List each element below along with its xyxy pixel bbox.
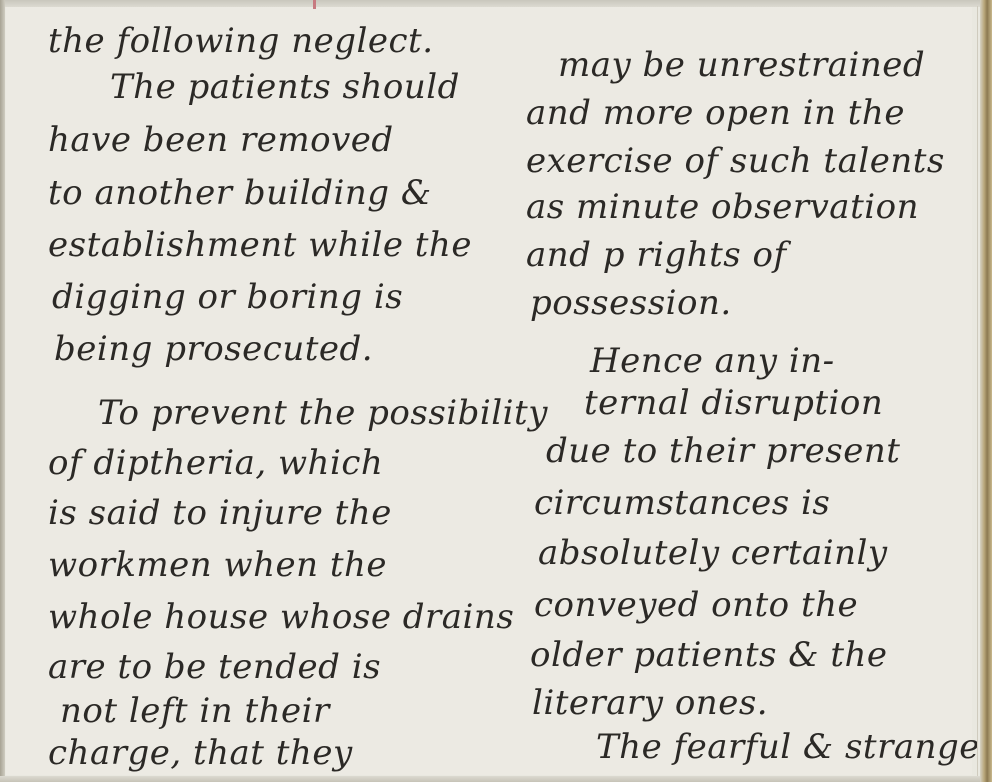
text-line: To prevent the possibility: [98, 393, 548, 433]
text-line: The fearful & strange: [596, 727, 980, 767]
page-left-edge: [0, 0, 5, 782]
text-line: The patients should: [110, 67, 460, 107]
text-line: the following neglect.: [48, 21, 434, 61]
red-margin-mark: [313, 0, 316, 9]
page-bottom-edge: [0, 776, 992, 782]
text-line: of diptheria, which: [48, 443, 383, 483]
page-gilt-edge: [980, 0, 992, 782]
text-line: charge, that they: [48, 733, 353, 773]
paper-sheet: the following neglect. The patients shou…: [6, 7, 972, 775]
page-top-edge: [0, 0, 992, 7]
text-line: as minute observation: [526, 187, 919, 227]
text-line: circumstances is: [534, 483, 830, 523]
text-line: and more open in the: [526, 93, 905, 133]
text-line: due to their present: [546, 431, 900, 471]
text-line: may be unrestrained: [558, 45, 925, 85]
manuscript-scan: the following neglect. The patients shou…: [0, 0, 992, 782]
text-line: have been removed: [48, 120, 394, 160]
text-line: and p rights of: [526, 235, 787, 275]
text-line: establishment while the: [48, 225, 472, 265]
text-line: workmen when the: [48, 545, 387, 585]
text-line: exercise of such talents: [526, 141, 945, 181]
text-line: are to be tended is: [48, 647, 381, 687]
text-line: older patients & the: [530, 635, 888, 675]
text-line: possession.: [530, 283, 732, 323]
text-line: ternal disruption: [584, 383, 883, 423]
text-line: is said to injure the: [48, 493, 392, 533]
text-line: conveyed onto the: [534, 585, 858, 625]
text-line: being prosecuted.: [54, 329, 373, 369]
text-line: literary ones.: [532, 683, 768, 723]
text-line: absolutely certainly: [538, 533, 888, 573]
text-line: Hence any in-: [590, 341, 835, 381]
text-line: whole house whose drains: [48, 597, 514, 637]
page-inner-rule: [977, 6, 978, 776]
text-line: to another building &: [48, 173, 432, 213]
text-line: digging or boring is: [52, 277, 403, 317]
text-line: not left in their: [60, 691, 330, 731]
